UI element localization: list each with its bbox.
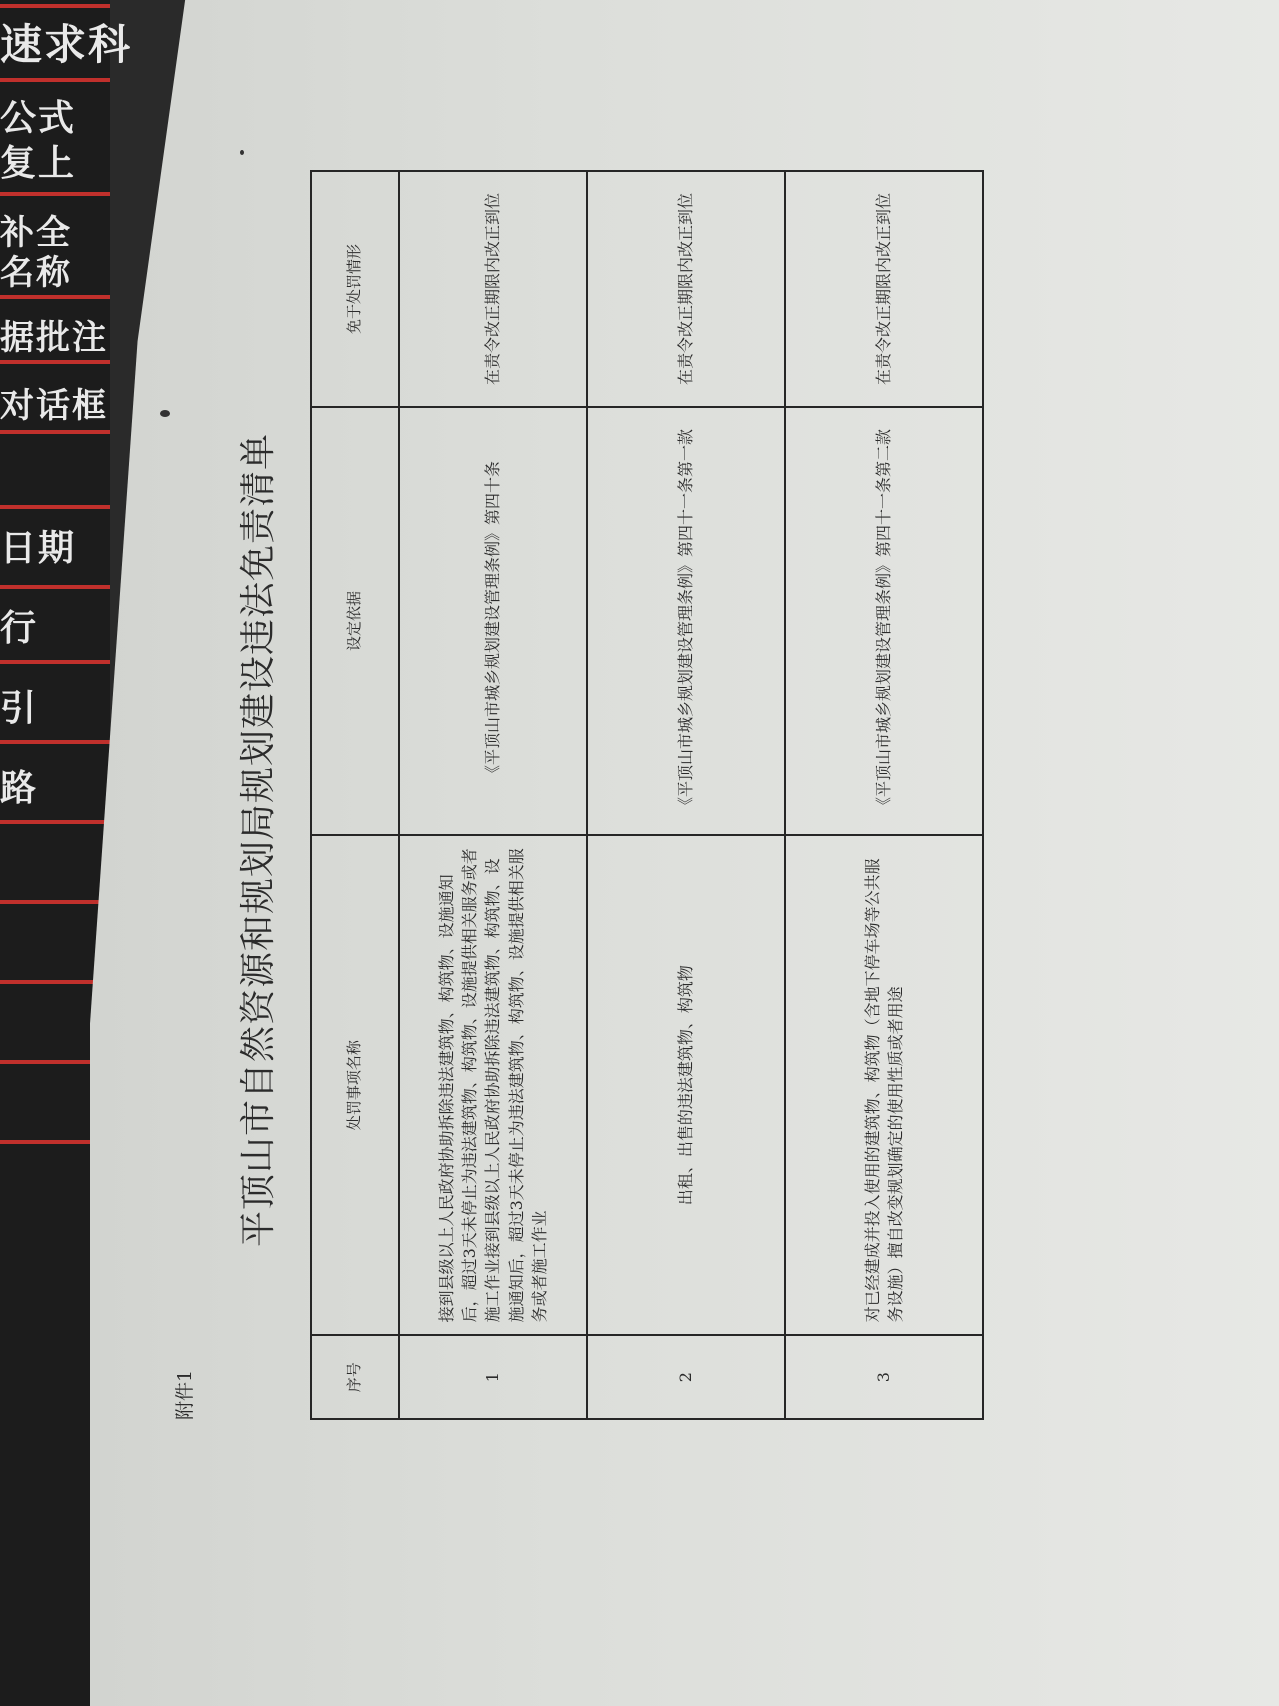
- divider: [0, 740, 110, 744]
- screen-text: 引: [0, 680, 38, 731]
- divider: [0, 360, 110, 364]
- header-item-name: 处罚事项名称: [311, 835, 399, 1335]
- table-header-row: 序号 处罚事项名称 设定依据 免于处罚情形: [311, 171, 399, 1419]
- header-no: 序号: [311, 1335, 399, 1419]
- divider: [0, 4, 110, 8]
- row-exemption: 在责令改正期限内改正到位: [399, 171, 587, 407]
- attachment-label: 附件1: [170, 1370, 197, 1420]
- exemption-table: 序号 处罚事项名称 设定依据 免于处罚情形 1 接到县级以上人民政府协助拆除违法…: [310, 170, 984, 1420]
- table-row: 1 接到县级以上人民政府协助拆除违法建筑物、构筑物、设施通知后，超过3天未停止为…: [399, 171, 587, 1419]
- screen-text: 速求科: [0, 12, 132, 72]
- row-no: 1: [399, 1335, 587, 1419]
- row-legal-basis: 《平顶山市城乡规划建设管理条例》第四十一条第一款: [587, 407, 785, 835]
- row-item-name: 对已经建成并投入使用的建筑物、构筑物（含地下停车场等公共服务设施）擅自改变规划确…: [785, 835, 983, 1335]
- divider: [0, 820, 110, 824]
- screen-text: 行: [0, 600, 38, 651]
- speck: [115, 215, 121, 220]
- divider: [0, 585, 110, 589]
- screen-text: 日期: [0, 520, 76, 571]
- divider: [0, 900, 110, 904]
- row-exemption: 在责令改正期限内改正到位: [587, 171, 785, 407]
- row-item-name: 接到县级以上人民政府协助拆除违法建筑物、构筑物、设施通知后，超过3天未停止为违法…: [399, 835, 587, 1335]
- document-page: 附件1 平顶山市自然资源和规划局规划建设违法免责清单 序号 处罚事项名称 设定依…: [150, 140, 1050, 1540]
- row-no: 3: [785, 1335, 983, 1419]
- divider: [0, 78, 110, 82]
- screen-text: 路: [0, 760, 38, 811]
- row-exemption: 在责令改正期限内改正到位: [785, 171, 983, 407]
- screen-text: 复上: [0, 135, 76, 186]
- row-legal-basis: 《平顶山市城乡规划建设管理条例》第四十条: [399, 407, 587, 835]
- screen-text: 名称: [0, 245, 72, 294]
- screen-text: 对话框: [0, 378, 108, 427]
- row-no: 2: [587, 1335, 785, 1419]
- screen-text: 据批注: [0, 310, 108, 359]
- divider: [0, 430, 110, 434]
- table-row: 2 出租、出售的违法建筑物、构筑物 《平顶山市城乡规划建设管理条例》第四十一条第…: [587, 171, 785, 1419]
- divider: [0, 295, 110, 299]
- screen-text: 公式: [0, 90, 76, 141]
- divider: [0, 660, 110, 664]
- header-legal-basis: 设定依据: [311, 407, 399, 835]
- divider: [0, 505, 110, 509]
- divider: [0, 192, 110, 196]
- document-title: 平顶山市自然资源和规划局规划建设违法免责清单: [230, 140, 281, 1540]
- row-item-name: 出租、出售的违法建筑物、构筑物: [587, 835, 785, 1335]
- header-exemption: 免于处罚情形: [311, 171, 399, 407]
- row-legal-basis: 《平顶山市城乡规划建设管理条例》第四十一条第二款: [785, 407, 983, 835]
- table-row: 3 对已经建成并投入使用的建筑物、构筑物（含地下停车场等公共服务设施）擅自改变规…: [785, 171, 983, 1419]
